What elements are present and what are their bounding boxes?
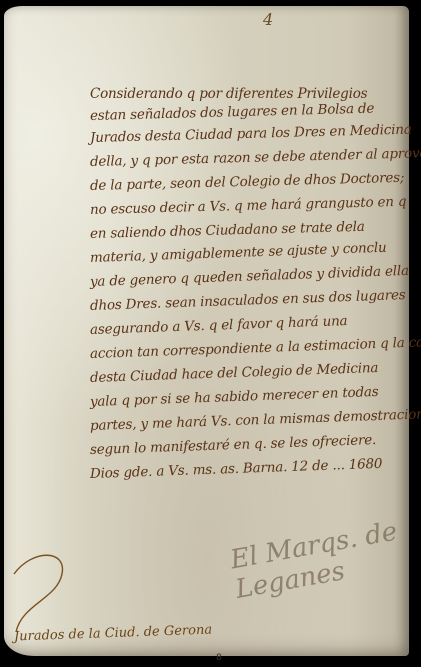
body-line: Jurados desta Ciudad para los Dres en Me…	[90, 122, 412, 146]
body-line: estan señalados dos lugares en la Bolsa …	[90, 101, 375, 124]
body-line: de la parte, seon del Colegio de dhos Do…	[90, 170, 405, 194]
page-number: 8	[216, 653, 222, 663]
body-line: no escuso decir a Vs. q me hará grangust…	[90, 194, 407, 218]
body-line: materia, y amigablemente se ajuste y con…	[90, 240, 387, 266]
body-line: asegurando a Vs. q el favor q hará una	[90, 313, 348, 338]
signature: El Marqs. de Leganes	[228, 515, 413, 605]
flourish-icon	[12, 544, 72, 634]
body-line: Dios gde. a Vs. ms. as. Barna. 12 de ...…	[90, 456, 383, 482]
folio-mark: 4	[263, 10, 273, 29]
body-line: yala q por si se ha sabido merecer en to…	[90, 384, 379, 410]
body-line: desta Ciudad hace del Colegio de Medicin…	[90, 360, 379, 386]
body-line: della, y q por esta razon se debe atende…	[90, 145, 421, 170]
body-line: partes, y me hará Vs. con la mismas demo…	[90, 406, 421, 434]
manuscript-page: 4 Considerando q por diferentes Privileg…	[4, 6, 409, 656]
body-line: ya de genero q queden señalados y dividi…	[90, 263, 409, 290]
body-line: accion tan correspondiente a la estimaci…	[90, 334, 421, 362]
body-line: Considerando q por diferentes Privilegio…	[90, 86, 367, 102]
body-line: en saliendo dhos Ciudadano se trate dela	[90, 219, 365, 242]
body-line: dhos Dres. sean insaculados en sus dos l…	[90, 287, 406, 314]
body-line: segun lo manifestaré en q. se les ofreci…	[90, 432, 377, 458]
